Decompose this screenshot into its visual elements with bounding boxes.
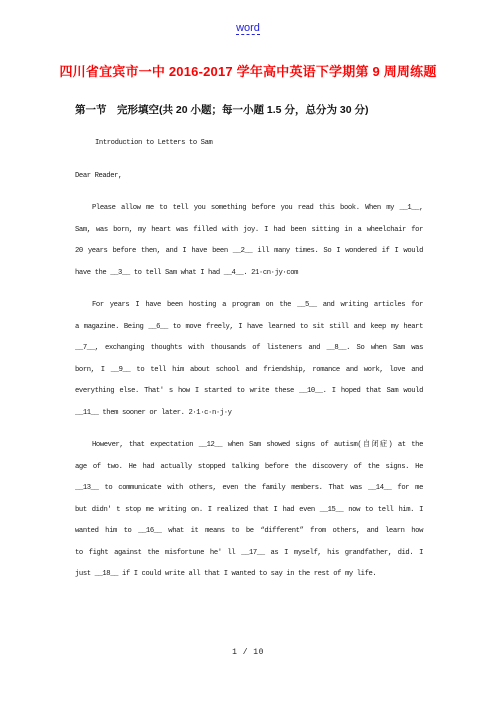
text-line: 20 years before then, and I have been __… (75, 241, 423, 263)
text-line: everything else. That' s how I started t… (75, 381, 423, 403)
text-line: Please allow me to tell you something be… (75, 198, 423, 220)
passage-content: Introduction to Letters to Sam Dear Read… (75, 133, 423, 597)
passage-paragraph-2: For years I have been hosting a program … (75, 295, 423, 424)
document-title: 四川省宜宾市一中 2016-2017 学年高中英语下学期第 9 周周练题 (0, 61, 496, 80)
document-header: word (0, 18, 496, 36)
text-line: have the __3__ to tell Sam what I had __… (75, 263, 423, 285)
document-page: word 四川省宜宾市一中 2016-2017 学年高中英语下学期第 9 周周练… (0, 0, 496, 702)
section-heading: 第一节 完形填空(共 20 小题；每一小题 1.5 分，总分为 30 分) (75, 102, 475, 117)
text-line: to fight against the misfortune he' ll _… (75, 543, 423, 565)
passage-paragraph-3: However, that expectation __12__ when Sa… (75, 435, 423, 586)
passage-subtitle: Introduction to Letters to Sam (75, 133, 423, 155)
text-line: born, I __9__ to tell him about school a… (75, 360, 423, 382)
text-line: For years I have been hosting a program … (75, 295, 423, 317)
text-line: __13__ to communicate with others, even … (75, 478, 423, 500)
text-line: Sam, was born, my heart was filled with … (75, 220, 423, 242)
text-line: __11__ them sooner or later. 2·1·c·n·j·y (75, 403, 423, 425)
text-line: just __18__ if I could write all that I … (75, 564, 423, 586)
passage-paragraph-1: Please allow me to tell you something be… (75, 198, 423, 284)
text-line: age of two. He had actually stopped talk… (75, 457, 423, 479)
word-link[interactable]: word (236, 22, 260, 35)
page-number: 1 / 10 (0, 648, 496, 657)
text-line: but didn' t stop me writing on. I realiz… (75, 500, 423, 522)
text-line: __7__, exchanging thoughts with thousand… (75, 338, 423, 360)
text-line: wanted him to __16__ what it means to be… (75, 521, 423, 543)
text-line: a magazine. Being __6__ to move freely, … (75, 317, 423, 339)
text-line: However, that expectation __12__ when Sa… (75, 435, 423, 457)
salutation-line: Dear Reader, (75, 166, 423, 188)
